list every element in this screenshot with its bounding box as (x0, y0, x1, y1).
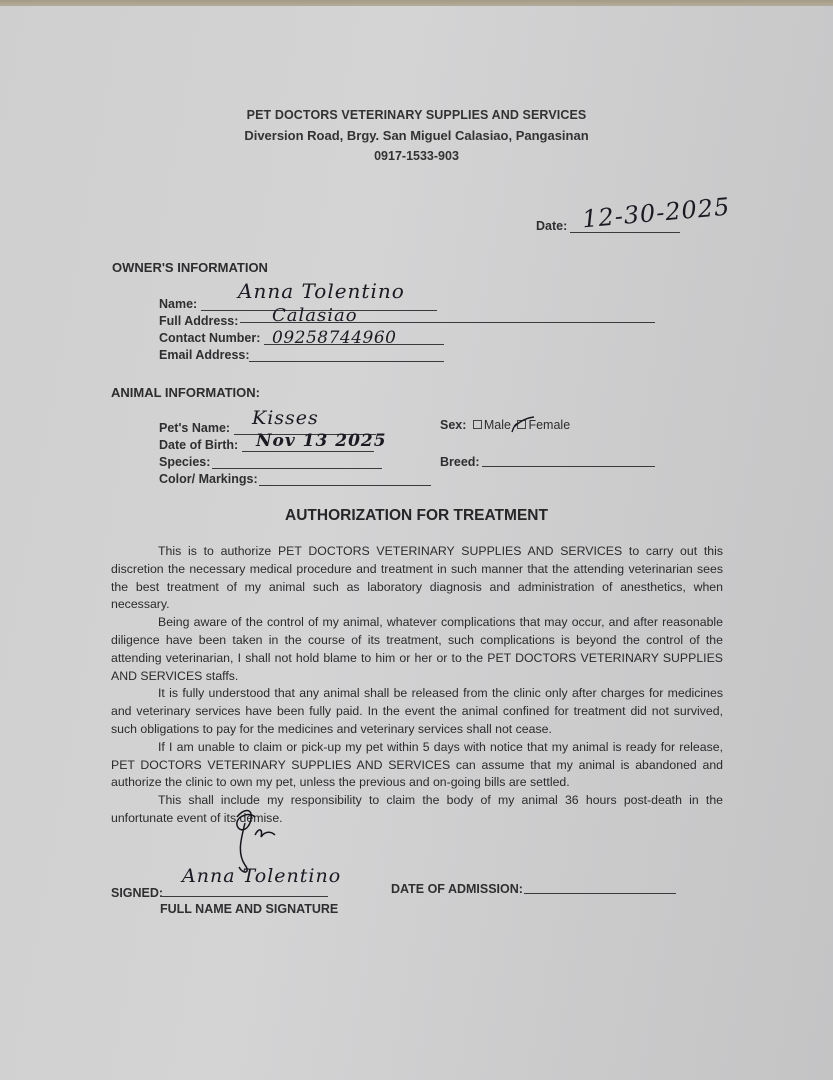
business-address: Diversion Road, Brgy. San Miguel Calasia… (0, 128, 833, 143)
owner-section-title: OWNER'S INFORMATION (112, 260, 268, 275)
sex-male-label: Male (484, 418, 511, 432)
animal-section-title: ANIMAL INFORMATION: (111, 385, 260, 400)
owner-name-value[interactable]: Anna Tolentino (238, 279, 405, 303)
sex-field: Sex: Male Female (440, 418, 570, 432)
signature-line (162, 896, 328, 897)
date-of-admission-label: DATE OF ADMISSION: (391, 882, 523, 896)
owner-name-label: Name: (159, 297, 197, 311)
signature-value[interactable]: Anna Tolentino (182, 865, 341, 887)
authorization-paragraph: This shall include my responsibility to … (111, 792, 723, 828)
business-name: PET DOCTORS VETERINARY SUPPLIES AND SERV… (0, 108, 833, 122)
business-phone: 0917-1533-903 (0, 149, 833, 163)
breed-label: Breed: (440, 455, 480, 469)
authorization-title: AUTHORIZATION FOR TREATMENT (0, 507, 833, 525)
signature-caption: FULL NAME AND SIGNATURE (160, 902, 338, 916)
signed-label: SIGNED: (111, 886, 163, 900)
owner-address-label: Full Address: (159, 314, 238, 328)
owner-contact-label: Contact Number: (159, 331, 260, 345)
female-checkmark-icon (508, 415, 538, 435)
date-of-admission-line[interactable] (524, 893, 676, 894)
species-line[interactable] (212, 468, 382, 469)
owner-address-value[interactable]: Calasiao (272, 305, 358, 326)
authorization-paragraph: Being aware of the control of my animal,… (111, 614, 723, 685)
dob-line (242, 451, 374, 452)
pet-name-label: Pet's Name: (159, 421, 230, 435)
authorization-paragraph: If I am unable to claim or pick-up my pe… (111, 739, 723, 792)
authorization-body: This is to authorize PET DOCTORS VETERIN… (111, 543, 723, 828)
owner-email-label: Email Address: (159, 348, 250, 362)
owner-contact-value[interactable]: 09258744960 (272, 328, 396, 348)
pet-name-value[interactable]: Kisses (252, 407, 319, 429)
authorization-paragraph: This is to authorize PET DOCTORS VETERIN… (111, 543, 723, 614)
color-markings-label: Color/ Markings: (159, 472, 258, 486)
dob-label: Date of Birth: (159, 438, 238, 452)
species-label: Species: (159, 455, 210, 469)
sex-male-checkbox[interactable] (473, 420, 482, 429)
breed-line[interactable] (482, 466, 655, 467)
dob-value[interactable]: Nov 13 2025 (256, 431, 387, 451)
owner-email-line[interactable] (249, 361, 444, 362)
color-markings-line[interactable] (259, 485, 431, 486)
authorization-paragraph: It is fully understood that any animal s… (111, 685, 723, 738)
sex-label: Sex: (440, 418, 466, 432)
date-label: Date: (536, 219, 567, 233)
